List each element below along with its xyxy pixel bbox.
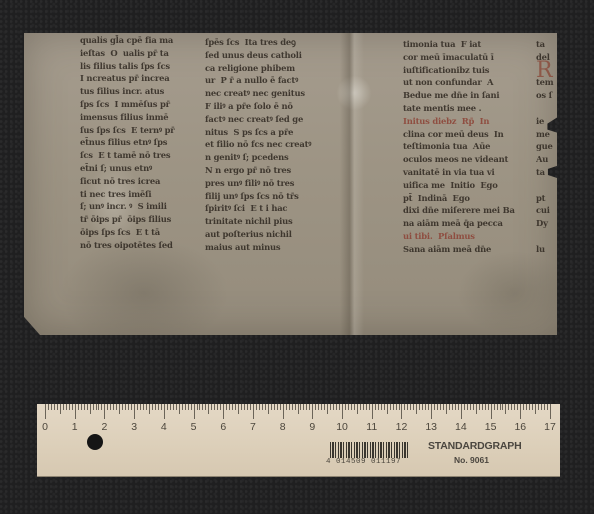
ruler-tick [235, 404, 236, 410]
ruler-tick [321, 404, 322, 410]
ruler-tick [199, 404, 200, 410]
ruler-tick [265, 404, 266, 410]
ruler-tick [363, 404, 364, 410]
ruler-tick [149, 404, 150, 414]
ruler-tick [280, 404, 281, 410]
ruler-tick [298, 404, 299, 414]
ruler-tick [413, 404, 414, 410]
ruler-scale: 01234567891011121314151617 [45, 404, 550, 422]
ruler-tick [387, 404, 388, 414]
manuscript-line: aut poſterius nichil [205, 228, 311, 241]
ruler-tick [152, 404, 153, 410]
manuscript-line: lu [536, 243, 558, 256]
text-column-3: timonia tua F iatcor meū īmaculatū īiuſt… [403, 38, 515, 256]
ruler-tick [473, 404, 474, 410]
manuscript-line: ſpiritꝰ ſci E t i hac [205, 202, 311, 215]
ruler-tick [48, 404, 49, 410]
manuscript-line: Initus diebz Rp̄ In [403, 115, 515, 128]
ruler-tick [173, 404, 174, 410]
ruler-tick [241, 404, 242, 410]
ruler-tick [179, 404, 180, 414]
ruler-tick [526, 404, 527, 410]
ruler-tick [372, 404, 373, 419]
manuscript-line: gue [536, 140, 558, 153]
ruler-tick [529, 404, 530, 410]
ruler-tick [425, 404, 426, 410]
manuscript-line: ie [536, 115, 558, 128]
ruler-tick [511, 404, 512, 410]
barcode-number: 4 014509 011197 [326, 458, 401, 466]
ruler-tick [461, 404, 462, 419]
ruler-tick [131, 404, 132, 410]
manuscript-line: et̄nus filius etnꝰ ſps [80, 136, 174, 149]
ruler-tick [407, 404, 408, 410]
ruler-tick [431, 404, 432, 419]
ruler-label: 4 [161, 421, 167, 433]
ruler-tick [488, 404, 489, 410]
manuscript-line: trinitate nichil pius [205, 215, 311, 228]
ruler-tick [396, 404, 397, 410]
ruler-tick [508, 404, 509, 410]
ruler-tick [443, 404, 444, 410]
manuscript-line: ur P r̄ a nullo ē factꝰ [205, 74, 311, 87]
ruler-tick [66, 404, 67, 410]
ruler-tick [449, 404, 450, 410]
ruler-tick [286, 404, 287, 410]
manuscript-line: et filio nō fcs nec creatꝰ [205, 138, 311, 151]
manuscript-line: uifica me Initio Ego [403, 179, 515, 192]
ruler-tick [502, 404, 503, 410]
manuscript-line: tate mentis mee . [403, 102, 515, 115]
ruler-tick [544, 404, 545, 410]
ruler-tick [60, 404, 61, 414]
ruler-tick [467, 404, 468, 410]
manuscript-line: ſcs E t tamē nō tres [80, 149, 174, 162]
ruler-tick [482, 404, 483, 410]
manuscript-line: et̄ni ſ; unus etnꝰ [80, 162, 174, 175]
ruler-tick [128, 404, 129, 410]
ruler-tick [470, 404, 471, 410]
ruler-tick [232, 404, 233, 410]
ruler-tick [63, 404, 64, 410]
ruler-tick [342, 404, 343, 419]
ruler-tick [256, 404, 257, 410]
ruler-tick [188, 404, 189, 410]
manuscript-line: ta [536, 38, 558, 51]
manuscript-line: lis filius talis ſps ſcs [80, 60, 174, 73]
ruler-tick [185, 404, 186, 410]
ruler-tick [202, 404, 203, 410]
ruler-tick [158, 404, 159, 410]
ruler-tick [205, 404, 206, 410]
manuscript-line: pres unꝰ filiꝰ nō tres [205, 177, 311, 190]
ruler-tick [523, 404, 524, 410]
barcode-icon [330, 442, 410, 458]
measuring-ruler: 01234567891011121314151617 4 014509 0111… [37, 404, 560, 476]
ruler-tick [479, 404, 480, 410]
ruler-tick [119, 404, 120, 414]
ruler-tick [107, 404, 108, 410]
ruler-tick [333, 404, 334, 410]
ruler-tick [143, 404, 144, 410]
ruler-tick [182, 404, 183, 410]
ruler-tick [146, 404, 147, 410]
ruler-tick [170, 404, 171, 410]
ruler-tick [75, 404, 76, 419]
manuscript-line: filij unꝰ ſps ſcs nō tr̄s [205, 190, 311, 203]
ruler-tick [268, 404, 269, 414]
ruler-label: 7 [250, 421, 256, 433]
ruler-label: 6 [220, 421, 226, 433]
ruler-tick [116, 404, 117, 410]
ruler-tick [446, 404, 447, 414]
manuscript-line: cor meū īmaculatū ī [403, 51, 515, 64]
ruler-tick [161, 404, 162, 410]
ruler-label: 8 [280, 421, 286, 433]
ruler-tick [485, 404, 486, 410]
ruler-tick [476, 404, 477, 414]
ruler-tick [399, 404, 400, 410]
manuscript-line: N n ergo pr̄ nō tres [205, 164, 311, 177]
ruler-tick [277, 404, 278, 410]
ruler-tick [303, 404, 304, 410]
manuscript-line: ſ; unꝰ incr. ꝰ S imili [80, 200, 174, 213]
manuscript-line [536, 179, 558, 192]
ruler-label: 11 [366, 421, 377, 433]
manuscript-line: Sana aiām meā dn̄e [403, 243, 515, 256]
ruler-tick [214, 404, 215, 410]
manuscript-line: na aiām meā q̄a pecca [403, 217, 515, 230]
ruler-tick [250, 404, 251, 410]
manuscript-line: I ncreatus pr̄ increa [80, 72, 174, 85]
ruler-tick [327, 404, 328, 414]
ruler-tick [491, 404, 492, 419]
manuscript-line: ui tibi. Pſalmus [403, 230, 515, 243]
ruler-tick [514, 404, 515, 410]
ruler-tick [87, 404, 88, 410]
ruler-tick [538, 404, 539, 410]
ruler-tick [437, 404, 438, 410]
ruler-tick [366, 404, 367, 410]
ruler-tick [419, 404, 420, 410]
manuscript-line [536, 230, 558, 243]
ruler-tick [315, 404, 316, 410]
ruler-label: 3 [131, 421, 137, 433]
ruler-tick [295, 404, 296, 410]
manuscript-line: factꝰ nec creatꝰ ſed ge [205, 113, 311, 126]
ruler-label: 2 [101, 421, 107, 433]
ruler-tick [520, 404, 521, 419]
manuscript-line: iuſtificationibz tuis [403, 64, 515, 77]
ruler-tick [164, 404, 165, 419]
ruler-tick [500, 404, 501, 410]
ruler-tick [348, 404, 349, 410]
ruler-label: 10 [336, 421, 348, 433]
ruler-tick [81, 404, 82, 410]
ruler-tick [330, 404, 331, 410]
ruler-tick [84, 404, 85, 410]
manuscript-line: ōips ſps ſcs E t tā [80, 226, 174, 239]
ruler-tick [155, 404, 156, 410]
ruler-tick [360, 404, 361, 410]
manuscript-line: Au [536, 153, 558, 166]
ruler-tick [535, 404, 536, 414]
ruler-tick [428, 404, 429, 410]
ruler-tick [547, 404, 548, 410]
ruler-tick [137, 404, 138, 410]
ruler-tick [312, 404, 313, 419]
ruler-tick [197, 404, 198, 410]
manuscript-line: ſed unus deus catholi [205, 49, 311, 62]
ruler-tick [422, 404, 423, 410]
ruler-tick [51, 404, 52, 410]
manuscript-line: ta [536, 166, 558, 179]
manuscript-line: dixi dn̄e miſerere mei Ba [403, 204, 515, 217]
ruler-tick [98, 404, 99, 410]
manuscript-line: ut non confundar A [403, 76, 515, 89]
manuscript-line: me [536, 128, 558, 141]
manuscript-line: nō tres oipotētes ſed [80, 239, 174, 252]
ruler-label: 17 [544, 421, 556, 433]
manuscript-line: F iliꝰ a pr̄e ſolo ē nō [205, 100, 311, 113]
ruler-tick [167, 404, 168, 410]
manuscript-line: ſps ſcs I mmēſus pr̄ [80, 98, 174, 111]
ruler-tick [369, 404, 370, 410]
ruler-tick [72, 404, 73, 410]
ruler-tick [324, 404, 325, 410]
ruler-tick [271, 404, 272, 410]
ruler-label: 9 [309, 421, 315, 433]
ruler-tick [309, 404, 310, 410]
ruler-label: 16 [514, 421, 526, 433]
ruler-label: 14 [455, 421, 467, 433]
manuscript-line: ſus ſps ſcs E ternꝰ pr̄ [80, 124, 174, 137]
ruler-tick [90, 404, 91, 414]
ruler-tick [110, 404, 111, 410]
ruler-tick [300, 404, 301, 410]
ruler-tick [194, 404, 195, 419]
ruler-tick [336, 404, 337, 410]
manuscript-line: maius aut minus [205, 241, 311, 254]
ruler-tick [96, 404, 97, 410]
ruler-tick [505, 404, 506, 414]
ruler-tick [262, 404, 263, 410]
ruler-tick [375, 404, 376, 410]
ruler-tick [357, 404, 358, 414]
ruler-label: 12 [396, 421, 408, 433]
manuscript-line: Bedue me dn̄e in ſani [403, 89, 515, 102]
manuscript-line: tus filius incr. atus [80, 85, 174, 98]
manuscript-line: ca religione phibem [205, 62, 311, 75]
ruler-tick [497, 404, 498, 410]
ruler-tick [416, 404, 417, 414]
ruler-tick [378, 404, 379, 410]
text-column-1: quali̇s gl̄a cpē fia maieſtas O ualis pr… [80, 34, 174, 252]
ruler-tick [122, 404, 123, 410]
ruler-tick [54, 404, 55, 410]
ruler-hang-hole [87, 434, 103, 450]
manuscript-line: cui [536, 204, 558, 217]
ruler-tick [455, 404, 456, 410]
ruler-tick [404, 404, 405, 410]
ruler-brand: STANDARDGRAPH [428, 440, 521, 452]
ruler-tick [381, 404, 382, 410]
ruler-tick [101, 404, 102, 410]
ruler-tick [318, 404, 319, 410]
ruler-tick [306, 404, 307, 410]
ruler-tick [226, 404, 227, 410]
ruler-tick [440, 404, 441, 410]
manuscript-line: ti nec tres imēſi [80, 188, 174, 201]
ruler-tick [339, 404, 340, 410]
ruler-tick [458, 404, 459, 410]
ruler-tick [351, 404, 352, 410]
ruler-tick [464, 404, 465, 410]
ruler-tick [208, 404, 209, 414]
ruler-tick [532, 404, 533, 410]
ruler-tick [259, 404, 260, 410]
ruler-tick [134, 404, 135, 419]
ruler-tick [283, 404, 284, 419]
manuscript-line: n genitꝰ ſ; pcedens [205, 151, 311, 164]
manuscript-line: Dy [536, 217, 558, 230]
ruler-tick [78, 404, 79, 410]
ruler-tick [247, 404, 248, 410]
manuscript-line: timonia tua F iat [403, 38, 515, 51]
ruler-tick [57, 404, 58, 410]
ruler-tick [384, 404, 385, 410]
text-column-2: ſpēs ſcs Ita tres deꝯſed unus deus catho… [205, 36, 311, 254]
ruler-tick [45, 404, 46, 419]
manuscript-line: nec creatꝰ nec genitus [205, 87, 311, 100]
ruler-tick [292, 404, 293, 410]
ruler-label: 15 [485, 421, 497, 433]
manuscript-line [536, 102, 558, 115]
decorated-initial: R [536, 58, 553, 83]
ruler-tick [191, 404, 192, 410]
ruler-label: 13 [425, 421, 437, 433]
ruler-tick [354, 404, 355, 410]
ruler-tick [244, 404, 245, 410]
manuscript-line: tr̄ ōips pr̄ ōips filius [80, 213, 174, 226]
ruler-label: 1 [72, 421, 78, 433]
ruler-tick [176, 404, 177, 410]
ruler-label: 0 [42, 421, 48, 433]
ruler-tick [274, 404, 275, 410]
manuscript-line: clina cor meū deus In [403, 128, 515, 141]
manuscript-line: pt [536, 192, 558, 205]
manuscript-line: imensus filius inmē [80, 111, 174, 124]
manuscript-line: nitus S ps ſcs a pr̄e [205, 126, 311, 139]
ruler-tick [217, 404, 218, 410]
manuscript-line: ſpēs ſcs Ita tres deꝯ [205, 36, 311, 49]
ruler-tick [220, 404, 221, 410]
ruler-tick [289, 404, 290, 410]
manuscript-line: quali̇s gl̄a cpē fia ma [80, 34, 174, 47]
ruler-tick [69, 404, 70, 410]
manuscript-line: ieſtas O ualis pr̄ ta [80, 47, 174, 60]
ruler-tick [253, 404, 254, 419]
manuscript-line: oculos meos ne videant [403, 153, 515, 166]
ruler-tick [211, 404, 212, 410]
ruler-tick [223, 404, 224, 419]
manuscript-line: os ſ [536, 89, 558, 102]
ruler-label: 5 [191, 421, 197, 433]
ruler-tick [452, 404, 453, 410]
manuscript-line: pt̄ Indinā Ego [403, 192, 515, 205]
ruler-tick [541, 404, 542, 410]
ruler-tick [434, 404, 435, 410]
ruler-tick [113, 404, 114, 410]
manuscript-line: teſtimonia tua Aūe [403, 140, 515, 153]
ruler-tick [229, 404, 230, 410]
ruler-tick [140, 404, 141, 410]
ruler-tick [93, 404, 94, 410]
ruler-tick [410, 404, 411, 410]
ruler-model-number: No. 9061 [454, 455, 489, 465]
ruler-tick [550, 404, 551, 419]
manuscript-line: vanitatē in via tua vi [403, 166, 515, 179]
ruler-tick [393, 404, 394, 410]
ruler-tick [390, 404, 391, 410]
manuscript-fold-crease [340, 33, 364, 335]
ruler-tick [345, 404, 346, 410]
ruler-tick [517, 404, 518, 410]
ruler-tick [125, 404, 126, 410]
ruler-tick [494, 404, 495, 410]
ruler-tick [104, 404, 105, 419]
manuscript-line: ſicut nō tres icrea [80, 175, 174, 188]
ruler-tick [238, 404, 239, 414]
ruler-tick [401, 404, 402, 419]
